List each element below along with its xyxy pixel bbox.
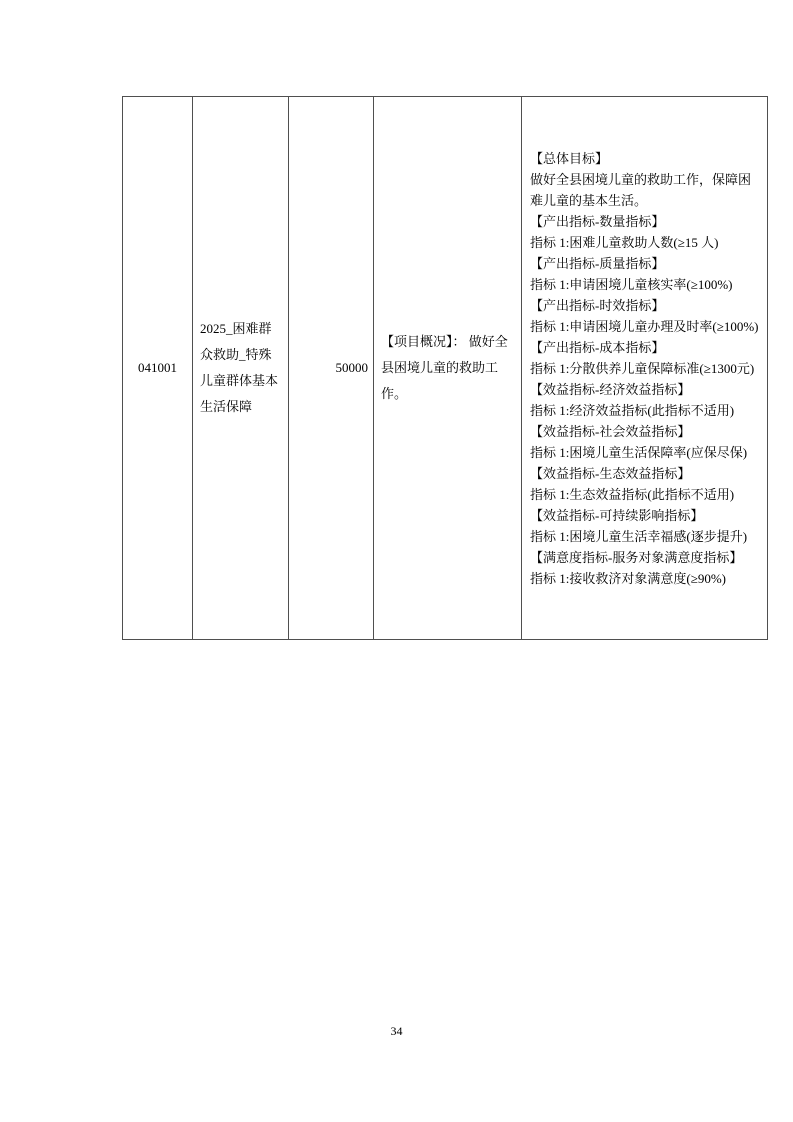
indicator-line: 指标 1:经济效益指标(此指标不适用) [530, 400, 759, 421]
indicator-line: 【效益指标-经济效益指标】 [530, 379, 759, 400]
project-name: 2025_困难群众救助_特殊儿童群体基本生活保障 [200, 316, 281, 420]
indicator-line: 【效益指标-生态效益指标】 [530, 463, 759, 484]
indicator-line: 【产出指标-成本指标】 [530, 337, 759, 358]
document-page: 041001 2025_困难群众救助_特殊儿童群体基本生活保障 50000 【项… [0, 0, 793, 1122]
project-overview-cell: 【项目概况】： 做好全县困境儿童的救助工作。 [374, 97, 522, 639]
indicator-line: 指标 1:生态效益指标(此指标不适用) [530, 484, 759, 505]
indicator-line: 【产出指标-时效指标】 [530, 295, 759, 316]
project-overview: 【项目概况】： 做好全县困境儿童的救助工作。 [381, 329, 514, 407]
indicator-line: 【效益指标-可持续影响指标】 [530, 505, 759, 526]
project-code: 041001 [138, 355, 177, 381]
indicator-line: 指标 1:申请困境儿童办理及时率(≥100%) [530, 316, 759, 337]
page-number: 34 [0, 1024, 793, 1039]
amount-value: 50000 [336, 355, 369, 381]
indicator-line: 指标 1:分散供养儿童保障标准(≥1300元) [530, 358, 759, 379]
indicators-cell: 【总体目标】做好全县困境儿童的救助工作，保障困难儿童的基本生活。【产出指标-数量… [522, 97, 767, 639]
indicator-line: 指标 1:申请困境儿童核实率(≥100%) [530, 274, 759, 295]
indicator-line: 【满意度指标-服务对象满意度指标】 [530, 547, 759, 568]
indicator-line: 【产出指标-质量指标】 [530, 253, 759, 274]
indicator-line: 【产出指标-数量指标】 [530, 211, 759, 232]
project-code-cell: 041001 [123, 97, 193, 639]
amount-cell: 50000 [289, 97, 374, 639]
indicator-line: 指标 1:困境儿童生活保障率(应保尽保) [530, 442, 759, 463]
project-performance-table: 041001 2025_困难群众救助_特殊儿童群体基本生活保障 50000 【项… [122, 96, 768, 640]
indicator-line: 指标 1:接收救济对象满意度(≥90%) [530, 568, 759, 589]
indicator-line: 指标 1:困难儿童救助人数(≥15 人) [530, 232, 759, 253]
indicator-line: 【总体目标】 [530, 148, 759, 169]
indicator-line: 做好全县困境儿童的救助工作，保障困难儿童的基本生活。 [530, 169, 759, 211]
project-name-cell: 2025_困难群众救助_特殊儿童群体基本生活保障 [193, 97, 289, 639]
indicator-line: 【效益指标-社会效益指标】 [530, 421, 759, 442]
indicator-line: 指标 1:困境儿童生活幸福感(逐步提升) [530, 526, 759, 547]
